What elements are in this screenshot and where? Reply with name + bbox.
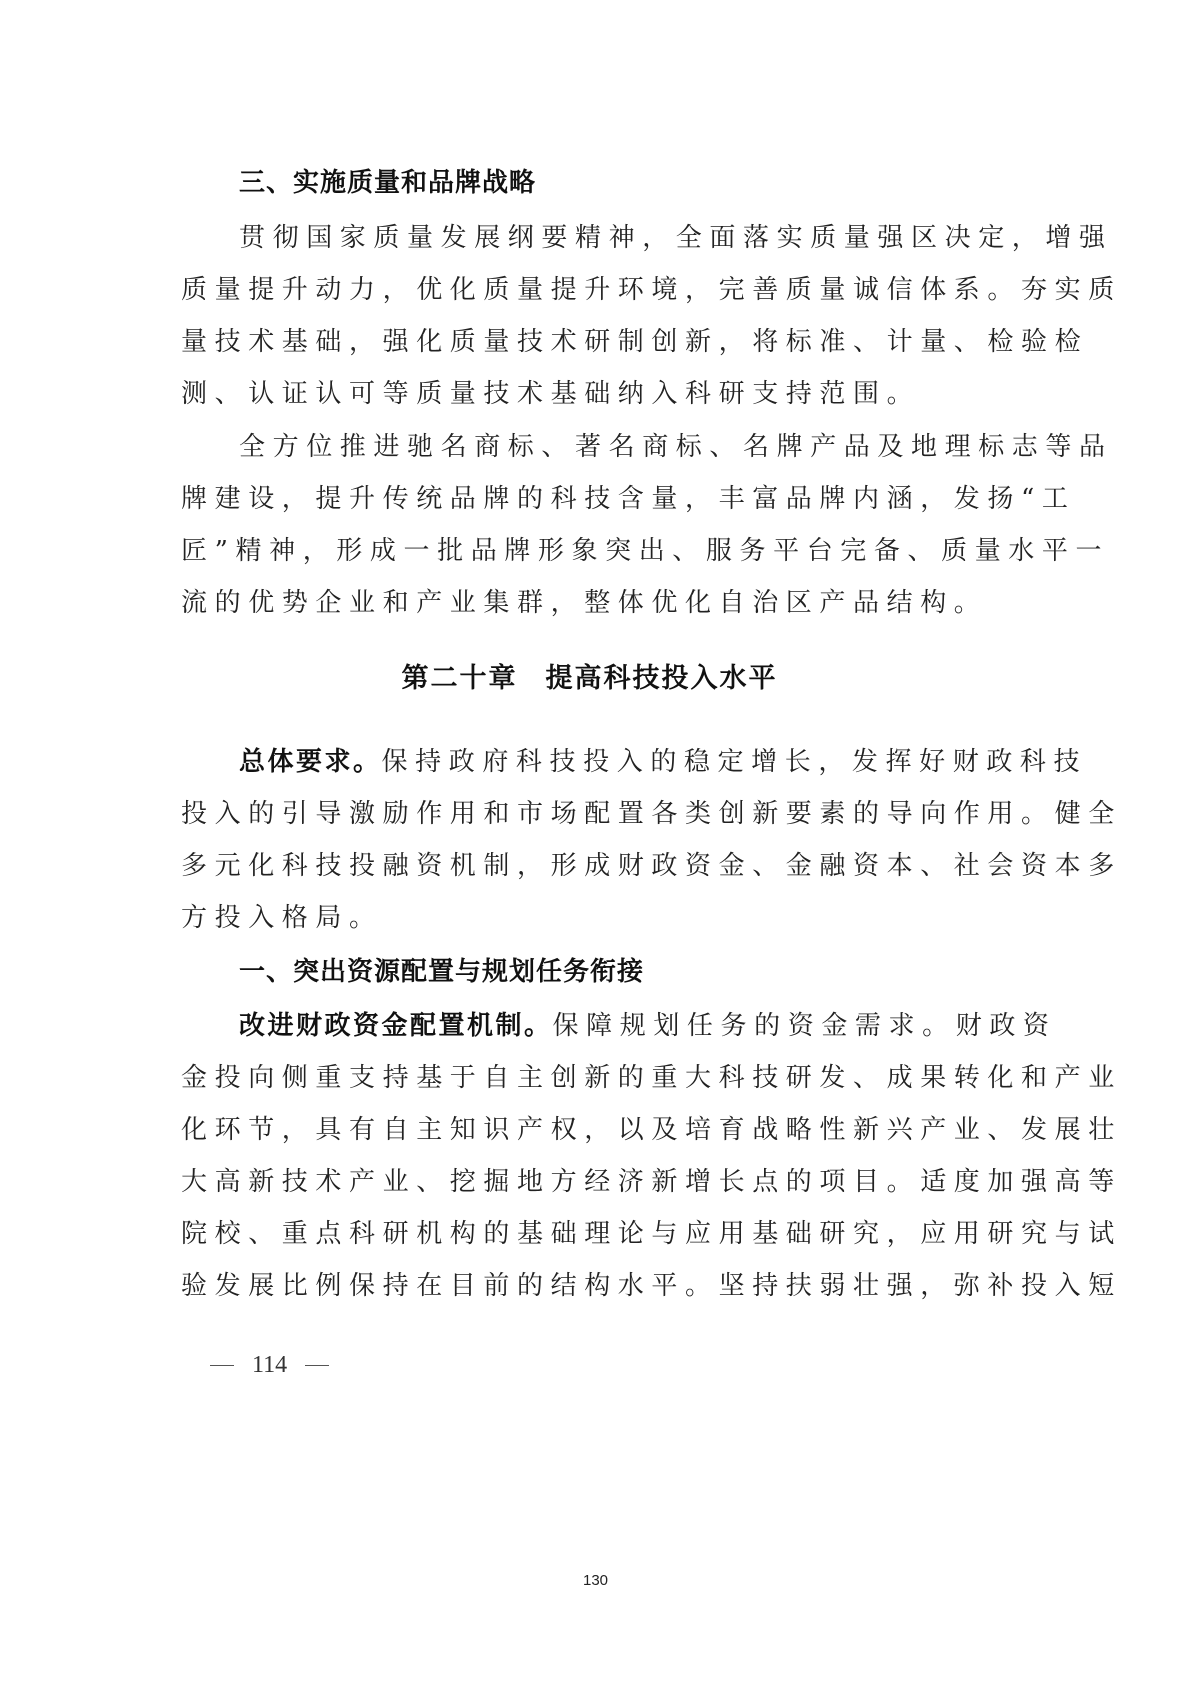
chapter-number: 第二十章 [402, 663, 518, 694]
paragraph-line: 金投向侧重支持基于自主创新的重大科技研发、成果转化和产业 [181, 1061, 1001, 1095]
overall-requirement-lead: 总体要求。 [239, 747, 382, 777]
paragraph-line: 院校、重点科研机构的基础理论与应用基础研究，应用研究与试 [181, 1217, 1001, 1251]
paragraph-line: 匠”精神，形成一批品牌形象突出、服务平台完备、质量水平一 [181, 534, 1001, 568]
dash-right [305, 1365, 329, 1366]
fiscal-mechanism-lead: 改进财政资金配置机制。 [239, 1011, 553, 1041]
paragraph-line: 牌建设，提升传统品牌的科技含量，丰富品牌内涵，发扬“工 [181, 482, 1001, 516]
chapter-name: 提高科技投入水平 [546, 663, 778, 694]
dash-left [210, 1365, 234, 1366]
paragraph-line: 量技术基础，强化质量技术研制创新，将标准、计量、检验检 [181, 325, 1001, 359]
paragraph-line: 质量提升动力，优化质量提升环境，完善质量诚信体系。夯实质 [181, 273, 1001, 307]
document-page: 三、实施质量和品牌战略 贯彻国家质量发展纲要精神，全面落实质量强区决定，增强 质… [0, 0, 1199, 1696]
paragraph-line: 流的优势企业和产业集群，整体优化自治区产品结构。 [181, 586, 1001, 620]
paragraph-line: 多元化科技投融资机制，形成财政资金、金融资本、社会资本多 [181, 849, 1001, 883]
paragraph-line: 全方位推进驰名商标、著名商标、名牌产品及地理标志等品 [239, 430, 1001, 464]
original-page-number: 114 [210, 1350, 329, 1380]
paragraph-line: 验发展比例保持在目前的结构水平。坚持扶弱壮强，弥补投入短 [181, 1269, 1001, 1303]
section-heading-resource-allocation: 一、突出资源配置与规划任务衔接 [239, 955, 644, 989]
paragraph-line: 大高新技术产业、挖掘地方经济新增长点的项目。适度加强高等 [181, 1165, 1001, 1199]
paragraph-line: 方投入格局。 [181, 901, 1001, 935]
pdf-page-number: 130 [0, 1572, 1199, 1589]
section-heading-quality-brand: 三、实施质量和品牌战略 [239, 166, 536, 200]
paragraph-line: 总体要求。保持政府科技投入的稳定增长，发挥好财政科技 [239, 745, 1001, 779]
paragraph-line: 化环节，具有自主知识产权，以及培育战略性新兴产业、发展壮 [181, 1113, 1001, 1147]
paragraph-line: 测、认证认可等质量技术基础纳入科研支持范围。 [181, 377, 1001, 411]
paragraph-line: 投入的引导激励作用和市场配置各类创新要素的导向作用。健全 [181, 797, 1001, 831]
paragraph-line: 改进财政资金配置机制。保障规划任务的资金需求。财政资 [239, 1009, 1001, 1043]
chapter-title: 第二十章提高科技投入水平 [0, 662, 1199, 696]
paragraph-line: 贯彻国家质量发展纲要精神，全面落实质量强区决定，增强 [239, 221, 1001, 255]
